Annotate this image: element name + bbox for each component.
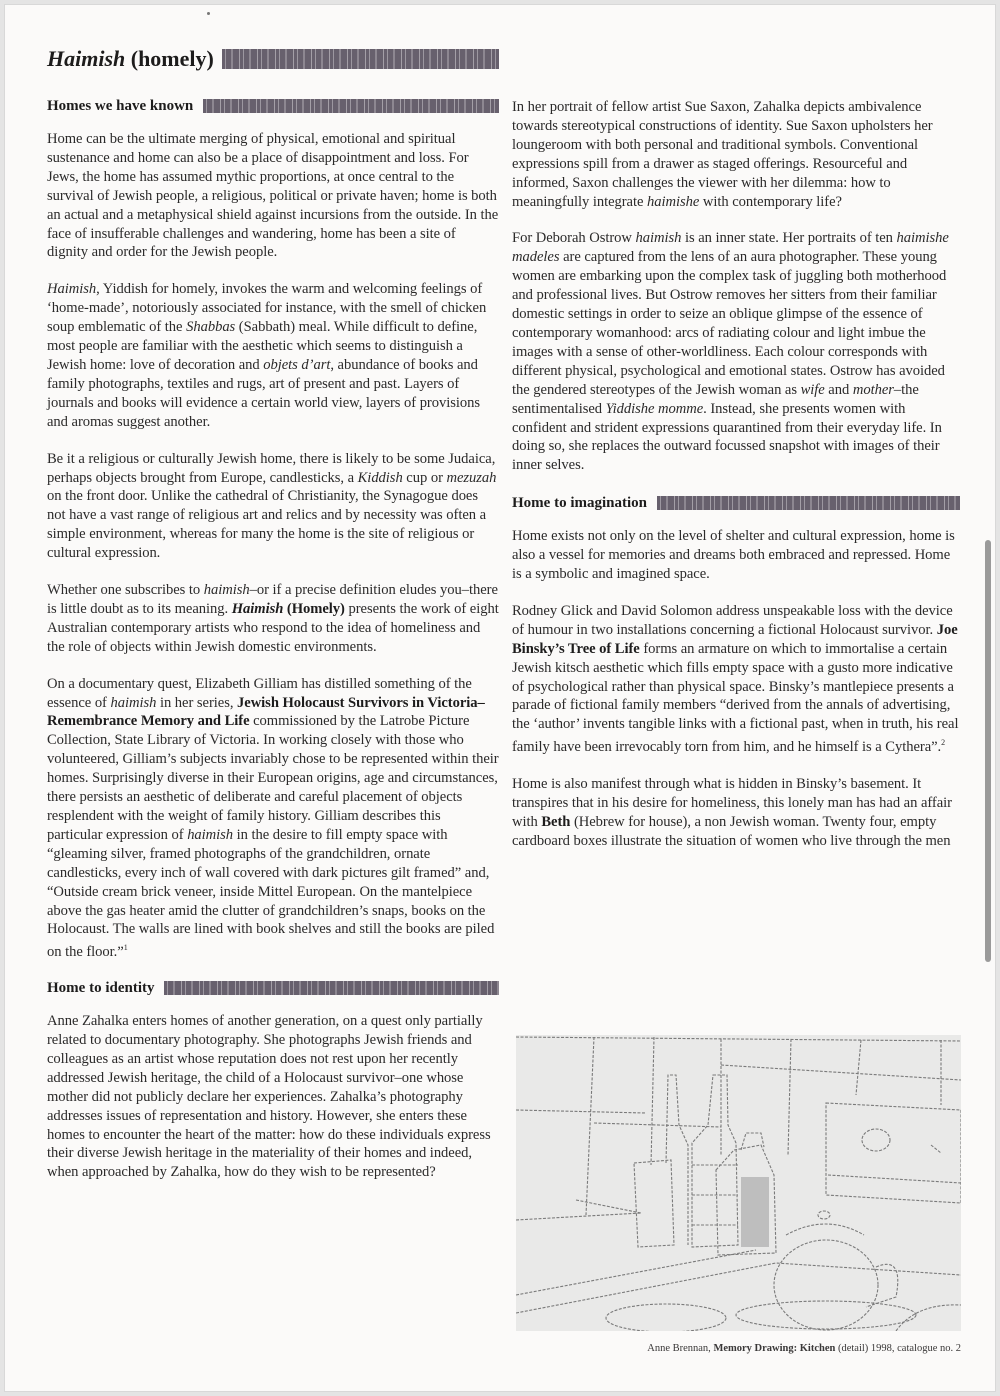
caption-artist: Anne Brennan, (647, 1343, 713, 1354)
page-title: Haimish (homely) (47, 46, 214, 72)
caption-details: (detail) 1998, catalogue no. 2 (835, 1343, 961, 1354)
title-rest: (homely) (125, 46, 214, 71)
paragraph: For Deborah Ostrow haimish is an inner s… (512, 229, 960, 475)
vertical-scrollbar[interactable] (985, 540, 991, 962)
right-column: In her portrait of fellow artist Sue Sax… (512, 98, 960, 869)
paragraph: Home exists not only on the level of she… (512, 527, 960, 584)
kitchen-drawing-image (516, 1035, 961, 1331)
paragraph: Haimish, Yiddish for homely, invokes the… (47, 280, 499, 431)
decorative-bar (203, 99, 499, 113)
figure-caption: Anne Brennan, Memory Drawing: Kitchen (d… (516, 1343, 961, 1354)
paragraph: Rodney Glick and David Solomon address u… (512, 602, 960, 757)
paragraph: In her portrait of fellow artist Sue Sax… (512, 98, 960, 211)
section-heading-row: Homes we have known (47, 96, 499, 116)
paragraph: Anne Zahalka enters homes of another gen… (47, 1012, 499, 1182)
decorative-bar (222, 49, 499, 69)
document-page: Haimish (homely) Homes we have known Hom… (4, 4, 996, 1392)
left-column: Haimish (homely) Homes we have known Hom… (47, 44, 499, 1200)
paragraph: Home can be the ultimate merging of phys… (47, 130, 499, 262)
paragraph: Be it a religious or culturally Jewish h… (47, 450, 499, 563)
footnote-ref: 1 (124, 943, 128, 952)
decorative-bar (164, 981, 499, 995)
paragraph: On a documentary quest, Elizabeth Gillia… (47, 675, 499, 962)
caption-title: Memory Drawing: Kitchen (713, 1343, 835, 1354)
decorative-bar (657, 496, 960, 510)
paragraph: Whether one subscribes to haimish–or if … (47, 581, 499, 657)
section-heading: Home to identity (47, 980, 154, 997)
title-italic: Haimish (47, 46, 125, 71)
section-heading: Homes we have known (47, 98, 193, 115)
scan-speck (207, 12, 210, 15)
paragraph: Home is also manifest through what is hi… (512, 775, 960, 851)
section-heading-row: Home to imagination (512, 493, 960, 513)
page-title-row: Haimish (homely) (47, 44, 499, 74)
section-heading: Home to imagination (512, 495, 647, 512)
kitchen-drawing-figure (516, 1035, 961, 1331)
section-heading-row: Home to identity (47, 978, 499, 998)
footnote-ref: 2 (941, 738, 945, 747)
